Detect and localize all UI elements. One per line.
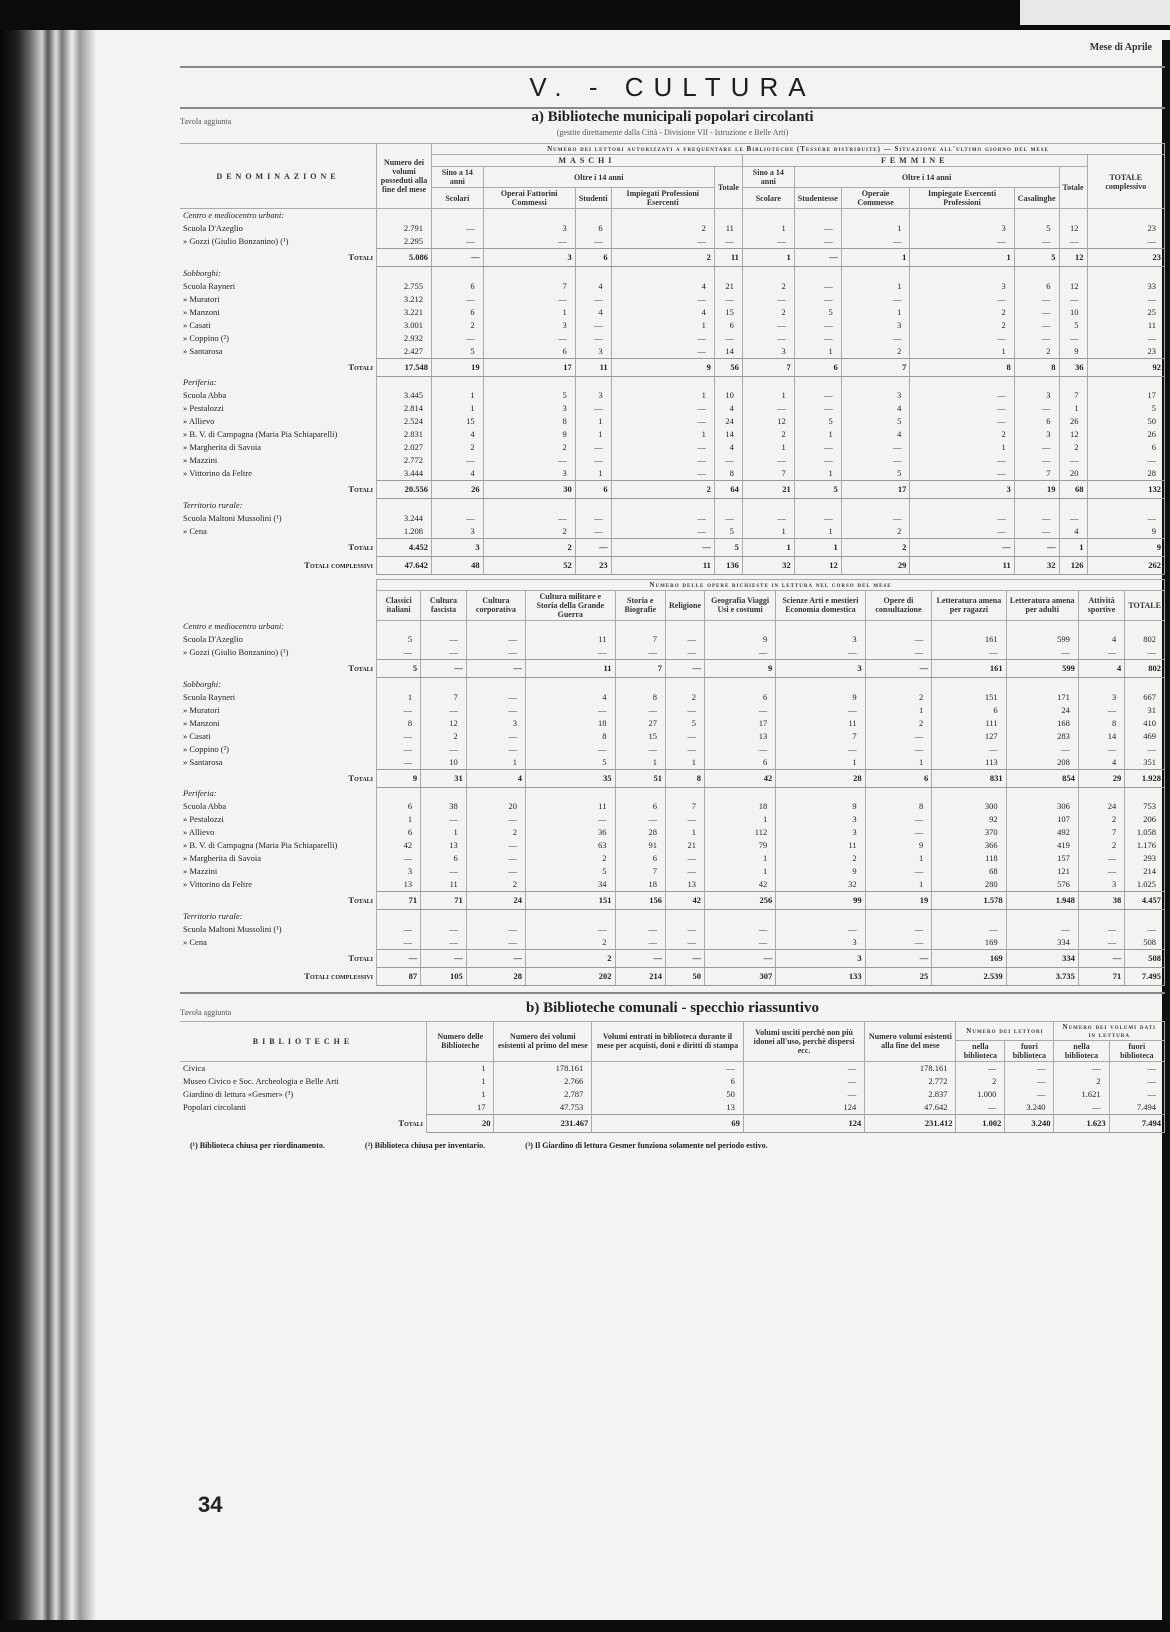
cell-value: — — [666, 865, 705, 878]
empty-cell — [705, 620, 776, 633]
cell-value: 370 — [932, 826, 1006, 839]
cell-value: — — [776, 646, 865, 660]
empty-cell — [794, 267, 841, 280]
cell-value: 9 — [865, 839, 932, 852]
table-row: » Mazzini2.772———————————— — [180, 454, 1165, 467]
cell-value: — — [714, 454, 742, 467]
empty-cell — [776, 787, 865, 800]
cell-value: 469 — [1125, 730, 1165, 743]
empty-cell — [742, 499, 794, 512]
group-row: Territorio rurale: — [180, 910, 1165, 923]
empty-cell — [794, 499, 841, 512]
cell-value: — — [841, 512, 910, 525]
cell-value: — — [432, 454, 484, 467]
summary-table: BIBLIOTECHE Numero delle Biblioteche Num… — [180, 1021, 1165, 1133]
cell-value: — — [466, 633, 525, 646]
group-label: Territorio rurale: — [180, 910, 377, 923]
empty-cell — [611, 267, 714, 280]
empty-cell — [714, 267, 742, 280]
total-value: 11 — [526, 660, 615, 678]
cell-value: 13 — [421, 839, 467, 852]
empty-cell — [466, 620, 525, 633]
cell-value: 1 — [377, 813, 421, 826]
cell-value: 410 — [1125, 717, 1165, 730]
cell-value: — — [841, 454, 910, 467]
m-sino14: Sino a 14 anni — [432, 167, 484, 188]
cell-value: 7 — [776, 730, 865, 743]
total-value: 132 — [1087, 481, 1164, 499]
cell-value: — — [1005, 1075, 1054, 1088]
cell-value: — — [714, 235, 742, 249]
cell-value: 17 — [705, 717, 776, 730]
total-value: 831 — [932, 769, 1006, 787]
cell-value: 8 — [865, 800, 932, 813]
empty-cell — [776, 910, 865, 923]
works-col: Letteratura amena per adulti — [1006, 590, 1078, 620]
cell-value: — — [611, 415, 714, 428]
cell-value: 17 — [1087, 389, 1164, 402]
cell-value: 2 — [742, 306, 794, 319]
table-row: » Cena1.20832——5112——49 — [180, 525, 1165, 539]
total-label: Totali — [180, 949, 377, 967]
cell-value: — — [575, 441, 611, 454]
total-value: 7 — [841, 358, 910, 376]
empty-cell — [421, 620, 467, 633]
cell-value: 3 — [483, 222, 575, 235]
cell-value: 2 — [841, 525, 910, 539]
cell-value: 9 — [776, 800, 865, 813]
total-value: 9 — [377, 769, 421, 787]
total-value: 4 — [466, 769, 525, 787]
empty-cell — [421, 910, 467, 923]
cell-value: 3 — [1078, 691, 1124, 704]
cell-value: 18 — [615, 878, 666, 892]
cell-value: — — [794, 319, 841, 332]
cell-value: — — [377, 936, 421, 950]
total-value: 231.467 — [494, 1114, 592, 1132]
cell-value: 2 — [466, 826, 525, 839]
cell-value: — — [615, 813, 666, 826]
cell-value: — — [1125, 646, 1165, 660]
cell-value: — — [377, 646, 421, 660]
empty-cell — [432, 267, 484, 280]
table-row: Scuola Abba3.4451531101—3—3717 — [180, 389, 1165, 402]
cell-value: 27 — [615, 717, 666, 730]
empty-cell — [526, 910, 615, 923]
cell-value: 7 — [1014, 467, 1059, 481]
cell-value: — — [1087, 332, 1164, 345]
cell-value: — — [794, 235, 841, 249]
cell-value: 2.766 — [494, 1075, 592, 1088]
cell-value: 3.240 — [1005, 1101, 1054, 1115]
table-row: » Gozzi (Giulio Bonzanino) (¹)2.295—————… — [180, 235, 1165, 249]
cell-value: 6 — [432, 306, 484, 319]
cell-value: 3 — [483, 467, 575, 481]
cell-value: 4 — [575, 280, 611, 293]
cell-value: 667 — [1125, 691, 1165, 704]
empty-cell — [666, 787, 705, 800]
cell-value: 1.208 — [377, 525, 432, 539]
works-col: Attività sportive — [1078, 590, 1124, 620]
total-value: — — [666, 949, 705, 967]
cell-value: 42 — [377, 839, 421, 852]
grand-total-value: 28 — [466, 967, 525, 985]
empty-cell — [466, 787, 525, 800]
cell-value: — — [742, 332, 794, 345]
cell-value: 7 — [1078, 826, 1124, 839]
cell-value: — — [611, 345, 714, 359]
empty-cell — [910, 499, 1014, 512]
empty-cell — [377, 499, 432, 512]
grand-total-value: 133 — [776, 967, 865, 985]
empty-cell — [841, 267, 910, 280]
total-value: 3.240 — [1005, 1114, 1054, 1132]
cell-value: 1 — [666, 826, 705, 839]
total-value: 231.412 — [865, 1114, 956, 1132]
cell-value: 9 — [776, 865, 865, 878]
total-value: 3 — [776, 949, 865, 967]
cell-value: 1 — [910, 345, 1014, 359]
empty-cell — [526, 620, 615, 633]
cell-value: 151 — [932, 691, 1006, 704]
cell-value: — — [483, 293, 575, 306]
cell-value: 7 — [483, 280, 575, 293]
cell-value: 5 — [526, 756, 615, 770]
cell-value: — — [575, 454, 611, 467]
cell-value: — — [841, 235, 910, 249]
row-label: » Manzoni — [180, 306, 377, 319]
cell-value: — — [1014, 306, 1059, 319]
cell-value: 2 — [841, 345, 910, 359]
total-value: 1.928 — [1125, 769, 1165, 787]
works-col: Geografia Viaggi Usi e costumi — [705, 590, 776, 620]
cell-value: — — [1059, 235, 1087, 249]
empty-cell — [483, 209, 575, 223]
cell-value: 1 — [865, 878, 932, 892]
cell-value: — — [575, 293, 611, 306]
cell-value: 34 — [526, 878, 615, 892]
cell-value: — — [575, 402, 611, 415]
row-label: » Gozzi (Giulio Bonzanino) (¹) — [180, 646, 377, 660]
total-value: 9 — [1087, 538, 1164, 556]
cell-value: 20 — [466, 800, 525, 813]
total-value: 124 — [743, 1114, 864, 1132]
tavola-label: Tavola aggiunta — [180, 1008, 380, 1017]
cell-value: — — [1059, 293, 1087, 306]
cell-value: — — [910, 525, 1014, 539]
grand-total-value: 47.642 — [377, 556, 432, 574]
total-label: Totali — [180, 769, 377, 787]
cell-value: 9 — [776, 691, 865, 704]
cell-value: 6 — [1087, 441, 1164, 454]
cell-value: 283 — [1006, 730, 1078, 743]
grand-total-row: Totali complessivi47.6424852231113632122… — [180, 556, 1165, 574]
scan-bottom-border — [0, 1620, 1170, 1632]
total-value: 2 — [526, 949, 615, 967]
cell-value: — — [865, 633, 932, 646]
cell-value: — — [865, 646, 932, 660]
empty-cell — [611, 209, 714, 223]
total-value: 19 — [1014, 481, 1059, 499]
table-b-title: b) Biblioteche comunali - specchio riass… — [380, 1000, 965, 1017]
empty-cell — [910, 209, 1014, 223]
table-row: » Allievo612362811123—37049271.058 — [180, 826, 1165, 839]
cell-value: — — [666, 633, 705, 646]
f-col: Scolare — [742, 188, 794, 209]
cell-value: — — [1006, 646, 1078, 660]
f-col: Impiegate Esercenti Professioni — [910, 188, 1014, 209]
empty-cell — [1014, 267, 1059, 280]
cell-value: 4 — [714, 441, 742, 454]
col-volumi-usciti: Volumi usciti perchè non più idonei all'… — [743, 1021, 864, 1061]
group-row: Periferia: — [180, 376, 1165, 389]
cell-value: 1 — [432, 402, 484, 415]
empty-cell — [776, 620, 865, 633]
cell-value: 2 — [526, 936, 615, 950]
cell-value: — — [592, 1061, 744, 1075]
grand-total-value: 32 — [742, 556, 794, 574]
cell-value: 492 — [1006, 826, 1078, 839]
cell-value: 6 — [377, 800, 421, 813]
table-row: Scuola Maltoni Mussolini (¹)————————————… — [180, 923, 1165, 936]
cell-value: — — [666, 923, 705, 936]
cell-value: — — [466, 839, 525, 852]
cell-value: 1 — [742, 525, 794, 539]
cell-value: — — [421, 633, 467, 646]
cell-value: — — [742, 454, 794, 467]
row-label: » Margherita di Savoia — [180, 441, 377, 454]
cell-value: 2 — [910, 428, 1014, 441]
empty-cell — [1059, 499, 1087, 512]
cell-value: — — [575, 332, 611, 345]
empty-cell — [1087, 209, 1164, 223]
row-label: » Vittorino da Feltre — [180, 878, 377, 892]
cell-value: 599 — [1006, 633, 1078, 646]
sub-col-fuori: fuori biblioteca — [1109, 1040, 1164, 1061]
cell-value: — — [705, 704, 776, 717]
cell-value: 1 — [432, 389, 484, 402]
cell-value: 8 — [526, 730, 615, 743]
total-value: 8 — [910, 358, 1014, 376]
cell-value: 1 — [575, 428, 611, 441]
summary-table-body: Civica1178.161——178.161————Museo Civico … — [180, 1061, 1165, 1132]
cell-value: 11 — [526, 633, 615, 646]
m-col: Impiegati Professioni Esercenti — [611, 188, 714, 209]
cell-value: — — [483, 454, 575, 467]
grand-total-value: 126 — [1059, 556, 1087, 574]
total-value: 51 — [615, 769, 666, 787]
cell-value: 1.000 — [956, 1088, 1005, 1101]
total-value: 3 — [483, 249, 575, 267]
cell-value: — — [1006, 923, 1078, 936]
grand-total-value: 12 — [794, 556, 841, 574]
total-value: 11 — [575, 358, 611, 376]
cell-value: — — [1109, 1088, 1164, 1101]
footnotes: (¹) Biblioteca chiusa per riordinamento.… — [190, 1141, 1165, 1150]
cell-value: — — [1109, 1075, 1164, 1088]
empty-cell — [705, 787, 776, 800]
cell-value: — — [666, 730, 705, 743]
table-row: Museo Civico e Soc. Archeologia e Belle … — [180, 1075, 1165, 1088]
cell-value: — — [794, 512, 841, 525]
empty-cell — [483, 376, 575, 389]
cell-value: 5 — [432, 345, 484, 359]
group-label: Centro e mediocentro urbani: — [180, 620, 377, 633]
cell-value: 293 — [1125, 852, 1165, 865]
total-value: 508 — [1125, 949, 1165, 967]
cell-value: 5 — [841, 467, 910, 481]
cell-value: — — [666, 743, 705, 756]
m-col: Studenti — [575, 188, 611, 209]
cell-value: — — [483, 235, 575, 249]
cell-value: 10 — [714, 389, 742, 402]
cell-value: — — [1078, 936, 1124, 950]
cell-value: — — [956, 1061, 1005, 1075]
cell-value: 7 — [1059, 389, 1087, 402]
total-value: 802 — [1125, 660, 1165, 678]
cell-value: 3 — [776, 826, 865, 839]
works-header: Numero delle opere richieste in lettura … — [377, 579, 1165, 590]
cell-value: 24 — [714, 415, 742, 428]
cell-value: — — [910, 293, 1014, 306]
cell-value: 3.445 — [377, 389, 432, 402]
cell-value: 2 — [483, 441, 575, 454]
table-row: » B. V. di Campagna (Maria Pia Schiapare… — [180, 839, 1165, 852]
f-col: Casalinghe — [1014, 188, 1059, 209]
total-value: — — [421, 660, 467, 678]
cell-value: — — [910, 235, 1014, 249]
cell-value: 11 — [776, 839, 865, 852]
cell-value: 2.772 — [377, 454, 432, 467]
row-label: » Casati — [180, 319, 377, 332]
total-value: 42 — [705, 769, 776, 787]
empty-cell — [421, 787, 467, 800]
cell-value: 5 — [841, 415, 910, 428]
cell-value: 1 — [615, 756, 666, 770]
cell-value: — — [611, 454, 714, 467]
empty-cell — [865, 910, 932, 923]
f-col: Studentesse — [794, 188, 841, 209]
works-col: Scienze Arti e mestieri Economia domesti… — [776, 590, 865, 620]
cell-value: — — [526, 704, 615, 717]
total-value: 26 — [432, 481, 484, 499]
empty-cell — [432, 209, 484, 223]
cell-value: — — [865, 826, 932, 839]
cell-value: — — [611, 441, 714, 454]
cell-value: — — [1087, 235, 1164, 249]
cell-value: — — [526, 646, 615, 660]
table-row: Scuola Rayneri2.7556744212—1361233 — [180, 280, 1165, 293]
group-row: Territorio rurale: — [180, 499, 1165, 512]
cell-value: — — [575, 512, 611, 525]
cell-value: 5 — [377, 633, 421, 646]
table-row: » Pestalozzi2.81413——4——4——15 — [180, 402, 1165, 415]
cell-value: 1 — [776, 756, 865, 770]
cell-value: — — [615, 923, 666, 936]
grand-total-value: 32 — [1014, 556, 1059, 574]
empty-cell — [377, 787, 421, 800]
cell-value: 1 — [575, 467, 611, 481]
scan-top-right-margin — [1020, 0, 1170, 25]
cell-value: 6 — [1014, 280, 1059, 293]
row-label: Museo Civico e Soc. Archeologia e Belle … — [180, 1075, 427, 1088]
cell-value: — — [1014, 441, 1059, 454]
total-label: Totali — [180, 358, 377, 376]
table-row: » B. V. di Campagna (Maria Pia Schiapare… — [180, 428, 1165, 441]
group-row: Periferia: — [180, 787, 1165, 800]
row-label: » B. V. di Campagna (Maria Pia Schiapare… — [180, 839, 377, 852]
cell-value: 9 — [1087, 525, 1164, 539]
cell-value: 2.837 — [865, 1088, 956, 1101]
total-value: 1.002 — [956, 1114, 1005, 1132]
cell-value: — — [865, 923, 932, 936]
row-label: » Cena — [180, 936, 377, 950]
cell-value: 2.524 — [377, 415, 432, 428]
cell-value: 3 — [575, 389, 611, 402]
table-row: » Coppino (²)2.932———————————— — [180, 332, 1165, 345]
cell-value: 14 — [1078, 730, 1124, 743]
cell-value: 18 — [705, 800, 776, 813]
total-value: 854 — [1006, 769, 1078, 787]
cell-value: 13 — [377, 878, 421, 892]
cell-value: 8 — [377, 717, 421, 730]
cell-value: — — [432, 293, 484, 306]
table-row: Scuola Rayneri17—4826921511713667 — [180, 691, 1165, 704]
cell-value: 5 — [714, 525, 742, 539]
table-row: Civica1178.161——178.161———— — [180, 1061, 1165, 1075]
cell-value: 11 — [421, 878, 467, 892]
cell-value: — — [776, 923, 865, 936]
cell-value: 7 — [742, 467, 794, 481]
cell-value: 23 — [1087, 345, 1164, 359]
cell-value: 206 — [1125, 813, 1165, 826]
empty-cell — [1059, 209, 1087, 223]
cell-value: 2 — [1014, 345, 1059, 359]
cell-value: 113 — [932, 756, 1006, 770]
cell-value: — — [466, 704, 525, 717]
cell-value: — — [794, 222, 841, 235]
total-value: 71 — [377, 892, 421, 910]
cell-value: 3 — [432, 525, 484, 539]
cell-value: 419 — [1006, 839, 1078, 852]
cell-value: — — [956, 1101, 1005, 1115]
cell-value: 2.831 — [377, 428, 432, 441]
cell-value: 178.161 — [865, 1061, 956, 1075]
empty-cell — [575, 376, 611, 389]
cell-value: 63 — [526, 839, 615, 852]
cell-value: 7 — [615, 633, 666, 646]
total-value: 2 — [611, 249, 714, 267]
cell-value: — — [611, 512, 714, 525]
row-label: Scuola D'Azeglio — [180, 633, 377, 646]
cell-value: 1 — [427, 1061, 494, 1075]
cell-value: — — [377, 704, 421, 717]
cell-value: 11 — [526, 800, 615, 813]
femmine-header: FEMMINE — [742, 155, 1087, 167]
cell-value: 10 — [1059, 306, 1087, 319]
total-value: 1 — [742, 538, 794, 556]
cell-value: — — [841, 441, 910, 454]
col-totale-complessivo: TOTALE complessivo — [1087, 155, 1164, 209]
total-label: Totali — [180, 1114, 427, 1132]
cell-value: 3 — [776, 633, 865, 646]
total-value: 4.457 — [1125, 892, 1165, 910]
cell-value: 31 — [1125, 704, 1165, 717]
total-label: Totali — [180, 249, 377, 267]
row-label: Popolari circolanti — [180, 1101, 427, 1115]
cell-value: 1 — [611, 319, 714, 332]
cell-value: 24 — [1078, 800, 1124, 813]
